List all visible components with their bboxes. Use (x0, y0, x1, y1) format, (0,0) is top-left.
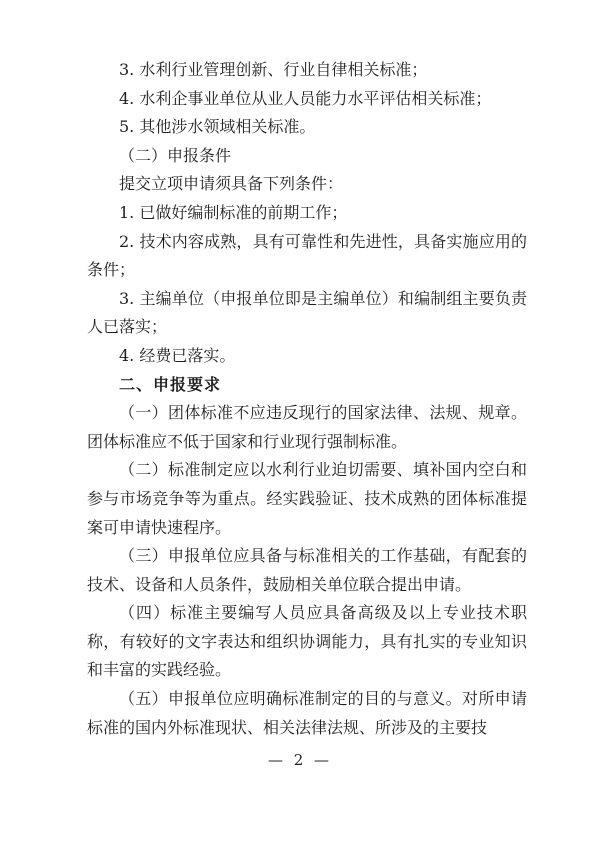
page-footer: — 2 — (0, 751, 600, 769)
list-item-3-industry-management: 3. 水利行业管理创新、行业自律相关标准； (87, 56, 527, 85)
subsection-title-application-conditions: （二）申报条件 (87, 142, 527, 171)
requirement-item-4-staff-qualifications: （四）标准主要编写人员应具备高级及以上专业技术职称，有较好的文字表达和组织协调能… (87, 599, 527, 685)
page-number: — 2 — (268, 751, 332, 769)
section-title-application-requirements: 二、申报要求 (87, 371, 527, 400)
requirement-item-1-legality: （一）团体标准不应违反现行的国家法律、法规、规章。团体标准应不低于国家和行业现行… (87, 399, 527, 456)
scanned-document-screenshot: { "doc": { "paragraphs": [ { "text": "3.… (0, 0, 600, 849)
requirement-item-3-work-basis: （三）申报单位应具备与标准相关的工作基础，有配套的技术、设备和人员条件，鼓励相关… (87, 542, 527, 599)
condition-item-4-funding: 4. 经费已落实。 (87, 342, 527, 371)
document-body: 3. 水利行业管理创新、行业自律相关标准； 4. 水利企事业单位从业人员能力水平… (87, 56, 527, 742)
list-item-5-other-water-fields: 5. 其他涉水领域相关标准。 (87, 113, 527, 142)
requirement-item-2-priority-focus: （二）标准制定应以水利行业迫切需要、填补国内空白和参与市场竞争等为重点。经实践验… (87, 456, 527, 542)
condition-item-3-chief-unit: 3. 主编单位（申报单位即是主编单位）和编制组主要负责人已落实； (87, 285, 527, 342)
requirement-item-5-purpose-significance: （五）申报单位应明确标准制定的目的与意义。对所申请标准的国内外标准现状、相关法律… (87, 685, 527, 742)
condition-item-2-technical-maturity: 2. 技术内容成熟，具有可靠性和先进性，具备实施应用的条件； (87, 228, 527, 285)
document-page: 3. 水利行业管理创新、行业自律相关标准； 4. 水利企事业单位从业人员能力水平… (0, 0, 600, 849)
list-item-4-personnel-evaluation: 4. 水利企事业单位从业人员能力水平评估相关标准； (87, 85, 527, 114)
paragraph-conditions-intro: 提交立项申请须具备下列条件： (87, 170, 527, 199)
condition-item-1-preparation: 1. 已做好编制标准的前期工作； (87, 199, 527, 228)
